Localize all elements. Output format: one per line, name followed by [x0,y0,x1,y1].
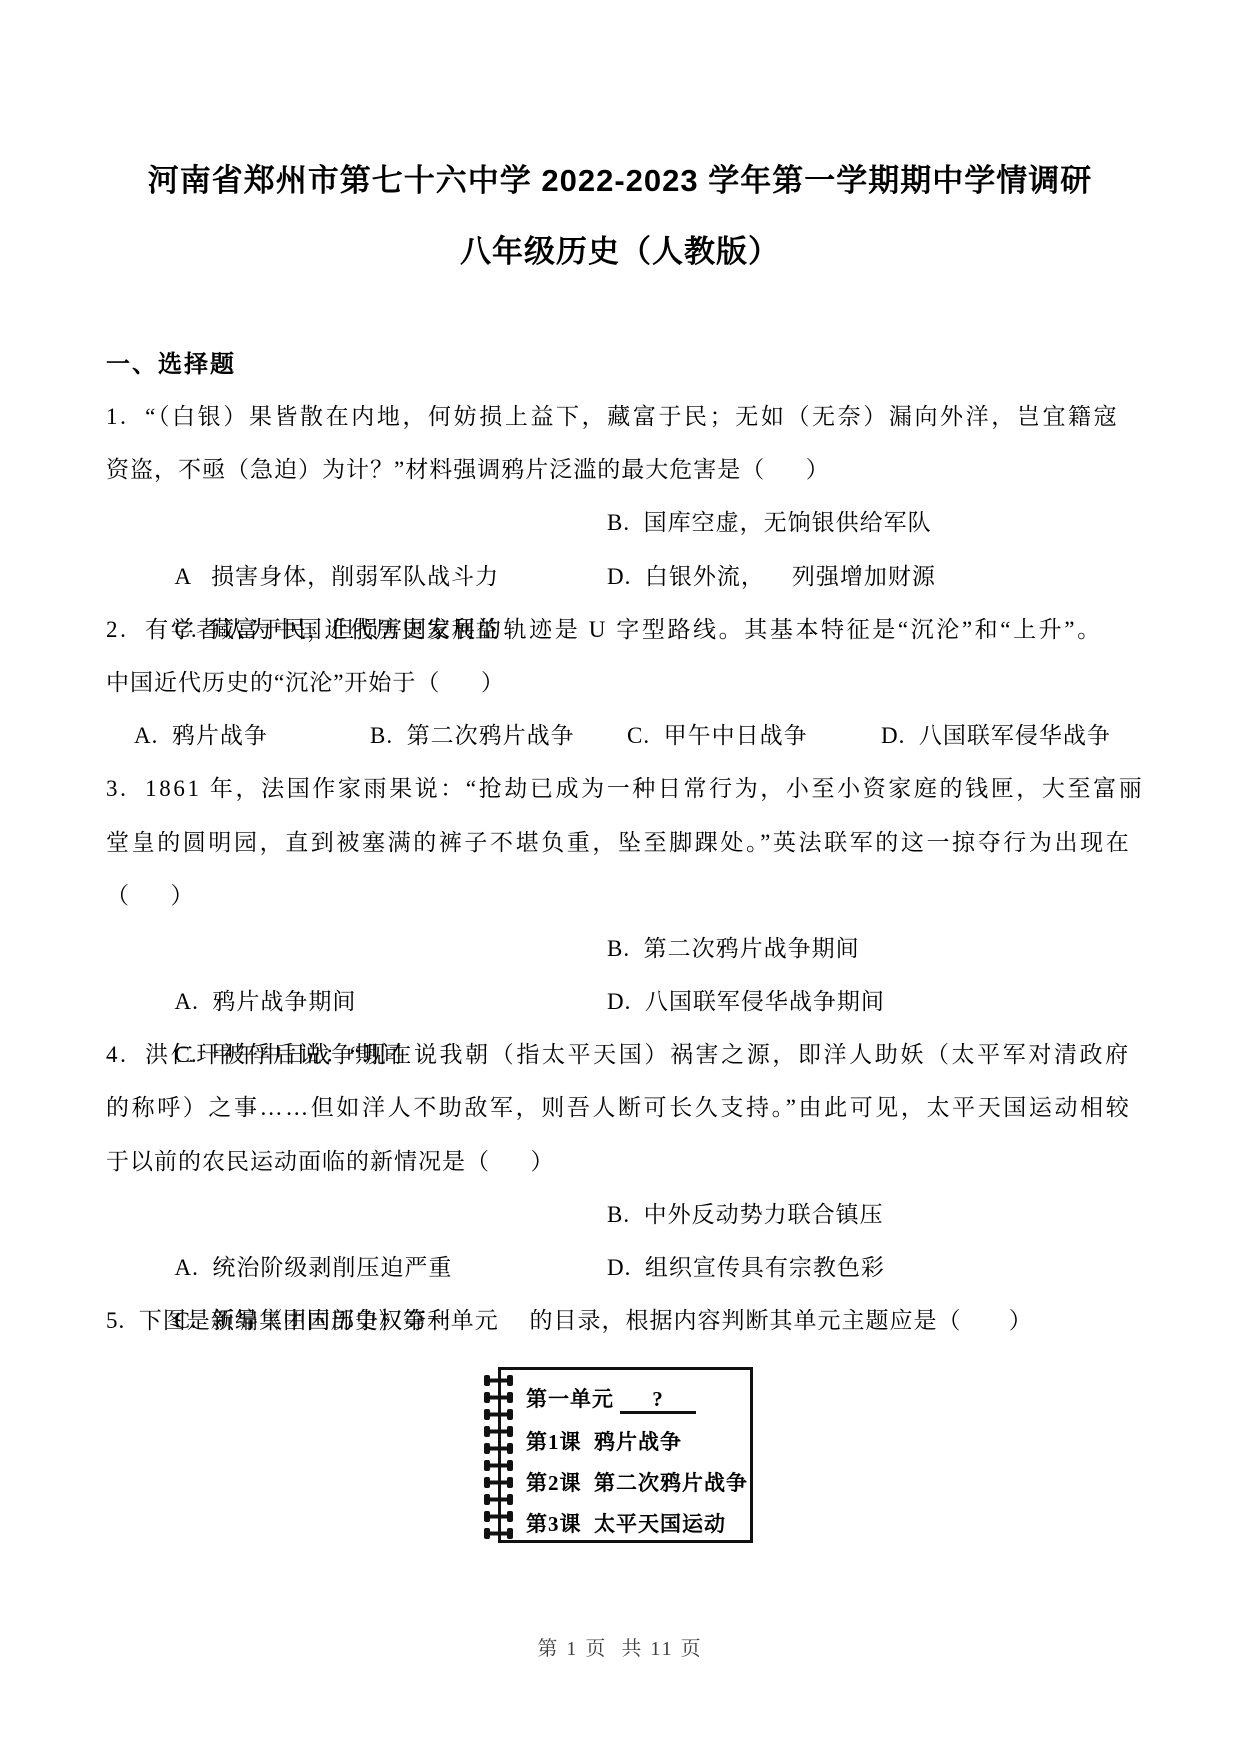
page-number-footer: 第 1 页 共 11 页 [0,1632,1240,1661]
q4-options-row-cd: C. 领导集团内部争权夺利 D. 组织宣传具有宗教色彩 [106,1241,1140,1294]
q2-option-d: D. 八国联军侵华战争 [881,709,1111,762]
q3-text-line1: 3. 1861 年，法国作家雨果说：“抢劫已成为一种日常行为，小至小资家庭的钱匣… [106,762,1140,815]
document-title-line1: 河南省郑州市第七十六中学 2022-2023 学年第一学期期中学情调研 [0,155,1240,200]
unit-catalog-figure: 第一单元? 第1课 鸦片战争 第2课 第二次鸦片战争 第3课 太平天国运动 [498,1367,753,1543]
q3-text-line3: （ ） [106,869,1140,922]
q3-option-b: B. 第二次鸦片战争期间 [607,922,860,975]
q2-options-row: A. 鸦片战争 B. 第二次鸦片战争 C. 甲午中日战争 D. 八国联军侵华战争 [106,709,1140,762]
figure-unit-label: 第一单元 [526,1387,614,1411]
q2-text-line1: 2. 有学者认为中国近代历史发展的轨迹是 U 字型路线。其基本特征是“沉沦”和“… [106,603,1140,656]
q5-text-line1: 5. 下图是新编《中国历史》第一单元 的目录，根据内容判断其单元主题应是（ ） [106,1294,1140,1347]
exam-page: 河南省郑州市第七十六中学 2022-2023 学年第一学期期中学情调研 八年级历… [0,0,1240,1753]
document-title-line2: 八年级历史（人教版） [0,226,1240,271]
q1-text-line2: 资盗，不亟（急迫）为计？”材料强调鸦片泛滥的最大危害是（ ） [106,443,1140,496]
q3-options-row-ab: A. 鸦片战争期间 B. 第二次鸦片战争期间 [106,922,1140,975]
q1-options-row-cd: C. 藏富于民，但损害国家利益 D. 白银外流， 列强增加财源 [106,550,1140,603]
q3-options-row-cd: C. 甲午中日战争期间 D. 八国联军侵华战争期间 [106,975,1140,1028]
figure-unit-line: 第一单元? [526,1386,696,1414]
q2-option-a: A. 鸦片战争 [134,709,268,762]
questions-area: 1. “（白银）果皆散在内地，何妨损上益下，藏富于民；无如（无奈）漏向外洋，岂宜… [106,390,1140,1347]
spiral-binding-icon [484,1375,516,1543]
figure-unit-blank: ? [620,1387,696,1414]
q4-option-d: D. 组织宣传具有宗教色彩 [607,1241,885,1294]
q4-text-line3: 于以前的农民运动面临的新情况是（ ） [106,1135,1140,1188]
section-heading: 一、选择题 [106,344,236,379]
q4-option-b: B. 中外反动势力联合镇压 [607,1188,884,1241]
q3-text-line2: 堂皇的圆明园，直到被塞满的裤子不堪负重，坠至脚踝处。”英法联军的这一掠夺行为出现… [106,816,1140,869]
q1-text-line1: 1. “（白银）果皆散在内地，何妨损上益下，藏富于民；无如（无奈）漏向外洋，岂宜… [106,390,1140,443]
q3-option-d: D. 八国联军侵华战争期间 [607,975,885,1028]
q2-option-b: B. 第二次鸦片战争 [370,709,575,762]
q1-options-row-ab: A 损害身体，削弱军队战斗力 B. 国库空虚，无饷银供给军队 [106,496,1140,549]
q1-option-b: B. 国库空虚，无饷银供给军队 [607,496,932,549]
figure-lesson-2: 第2课 第二次鸦片战争 [526,1470,748,1496]
figure-lesson-3: 第3课 太平天国运动 [526,1511,726,1537]
q2-text-line2: 中国近代历史的“沉沦”开始于（ ） [106,656,1140,709]
figure-lesson-1: 第1课 鸦片战争 [526,1429,682,1455]
q4-text-line2: 的称呼）之事……但如洋人不助敌军，则吾人断可长久支持。”由此可见，太平天国运动相… [106,1081,1140,1134]
q1-option-d: D. 白银外流， 列强增加财源 [607,550,936,603]
q4-options-row-ab: A. 统治阶级剥削压迫严重 B. 中外反动势力联合镇压 [106,1188,1140,1241]
q4-text-line1: 4. 洪仁玕被俘后说：“现在说我朝（指太平天国）祸害之源，即洋人助妖（太平军对清… [106,1028,1140,1081]
q2-option-c: C. 甲午中日战争 [627,709,808,762]
